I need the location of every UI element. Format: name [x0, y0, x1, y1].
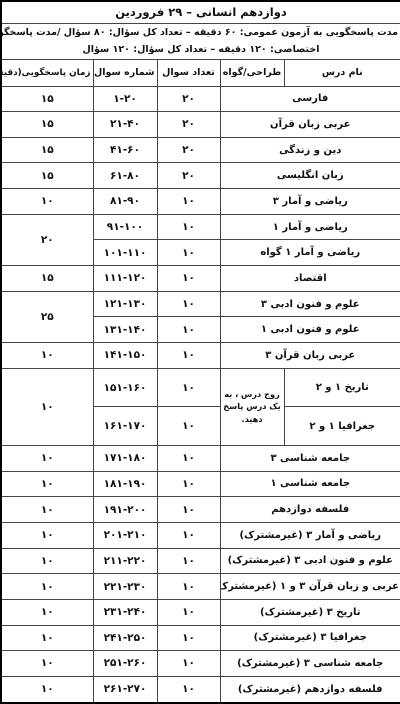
question-range-cell: ۱۱۱-۱۲۰: [93, 266, 157, 292]
question-count-cell: ۱۰: [157, 599, 220, 625]
course-name-cell: ریاضی و آمار ۱: [220, 214, 400, 240]
col-header-question-number: شماره سوال: [93, 59, 157, 86]
answer-time-cell: ۱۰: [1, 676, 93, 703]
question-count-cell: ۱۰: [157, 625, 220, 651]
table-row: اقتصاد ۱۰ ۱۱۱-۱۲۰ ۱۵: [1, 266, 400, 292]
course-name-cell: جغرافیا ۳ (غیرمشترک): [220, 625, 400, 651]
table-row: فلسفه دوازدهم (غیرمشترک) ۱۰ ۲۶۱-۲۷۰ ۱۰: [1, 676, 400, 703]
question-range-cell: ۲۰۱-۲۱۰: [93, 522, 157, 548]
answer-time-cell-merged: ۲۰: [1, 214, 93, 265]
table-row: جامعه شناسی ۳ ۱۰ ۱۷۱-۱۸۰ ۱۰: [1, 445, 400, 471]
subtitle-row: مدت پاسخگویی به آزمون عمومی: ۶۰ دقیقه – …: [1, 23, 400, 59]
question-count-cell: ۲۰: [157, 112, 220, 138]
question-range-cell: ۹۱-۱۰۰: [93, 214, 157, 240]
question-range-cell: ۱۲۱-۱۳۰: [93, 291, 157, 317]
course-name-cell: ریاضی و آمار ۳ (غیرمشترک): [220, 522, 400, 548]
answer-time-cell: ۱۰: [1, 497, 93, 523]
question-range-cell: ۲۲۱-۲۳۰: [93, 574, 157, 600]
col-header-question-count: تعداد سوال: [157, 59, 220, 86]
question-range-cell: ۱۴۱-۱۵۰: [93, 343, 157, 369]
answer-time-cell: ۱۰: [1, 599, 93, 625]
exam-schedule-table: دوازدهم انسانی – ۲۹ فروردین مدت پاسخگویی…: [0, 0, 400, 704]
table-row: تاریخ ۳ (غیرمشترک) ۱۰ ۲۳۱-۲۴۰ ۱۰: [1, 599, 400, 625]
question-range-cell: ۸۱-۹۰: [93, 189, 157, 215]
table-row: عربی و زبان قرآن ۳ و ۱ (غیرمشترک) ۱۰ ۲۲۱…: [1, 574, 400, 600]
question-count-cell: ۱۰: [157, 445, 220, 471]
question-count-cell: ۲۰: [157, 137, 220, 163]
question-range-cell: ۱۹۱-۲۰۰: [93, 497, 157, 523]
question-count-cell: ۱۰: [157, 214, 220, 240]
answer-time-cell: ۱۰: [1, 651, 93, 677]
table-row: عربی زبان قرآن ۲۰ ۲۱-۴۰ ۱۵: [1, 112, 400, 138]
table-row: جامعه شناسی ۱ ۱۰ ۱۸۱-۱۹۰ ۱۰: [1, 471, 400, 497]
question-range-cell: ۱۳۱-۱۴۰: [93, 317, 157, 343]
course-name-cell: ریاضی و آمار ۱ گواه: [220, 240, 400, 266]
question-count-cell: ۱۰: [157, 343, 220, 369]
table-row: فلسفه دوازدهم ۱۰ ۱۹۱-۲۰۰ ۱۰: [1, 497, 400, 523]
course-name-cell: علوم و فنون ادبی ۱: [220, 317, 400, 343]
question-range-cell: ۲۵۱-۲۶۰: [93, 651, 157, 677]
course-name-cell: علوم و فنون ادبی ۳: [220, 291, 400, 317]
course-name-cell: دین و زندگی: [220, 137, 400, 163]
table-row: دین و زندگی ۲۰ ۴۱-۶۰ ۱۵: [1, 137, 400, 163]
answer-time-cell: ۱۰: [1, 343, 93, 369]
answer-time-cell: ۱۵: [1, 86, 93, 112]
question-count-cell: ۱۰: [157, 471, 220, 497]
table-row: تاریخ ۱ و ۲ زوج درس ، به یک درس پاسخ دهی…: [1, 368, 400, 407]
answer-time-cell: ۱۵: [1, 112, 93, 138]
course-name-cell: زبان انگلیسی: [220, 163, 400, 189]
question-range-cell: ۴۱-۶۰: [93, 137, 157, 163]
course-name-cell: عربی زبان قرآن: [220, 112, 400, 138]
exam-schedule-page: دوازدهم انسانی – ۲۹ فروردین مدت پاسخگویی…: [0, 0, 400, 704]
question-range-cell: ۲۱-۴۰: [93, 112, 157, 138]
course-name-cell: تاریخ ۱ و ۲: [284, 368, 400, 407]
question-range-cell: ۱۰۱-۱۱۰: [93, 240, 157, 266]
course-name-cell: ریاضی و آمار ۳: [220, 189, 400, 215]
question-range-cell: ۶۱-۸۰: [93, 163, 157, 189]
question-count-cell: ۱۰: [157, 407, 220, 446]
exam-duration-line2: اختصاصی: ۱۲۰ دقیقه – تعداد کل سؤال: ۱۲۰ …: [4, 41, 398, 58]
table-row: عربی زبان قرآن ۳ ۱۰ ۱۴۱-۱۵۰ ۱۰: [1, 343, 400, 369]
table-row: جغرافیا ۳ (غیرمشترک) ۱۰ ۲۴۱-۲۵۰ ۱۰: [1, 625, 400, 651]
answer-time-cell: ۱۵: [1, 137, 93, 163]
question-count-cell: ۱۰: [157, 522, 220, 548]
exam-duration-info: مدت پاسخگویی به آزمون عمومی: ۶۰ دقیقه – …: [1, 23, 400, 59]
course-name-cell: فلسفه دوازدهم: [220, 497, 400, 523]
question-count-cell: ۱۰: [157, 676, 220, 703]
table-row: علوم و فنون ادبی ۳ (غیرمشترک) ۱۰ ۲۱۱-۲۲۰…: [1, 548, 400, 574]
exam-title: دوازدهم انسانی – ۲۹ فروردین: [1, 1, 400, 23]
table-row: زبان انگلیسی ۲۰ ۶۱-۸۰ ۱۵: [1, 163, 400, 189]
answer-time-cell-merged: ۲۵: [1, 291, 93, 342]
question-count-cell: ۱۰: [157, 317, 220, 343]
course-name-cell: جامعه شناسی ۳: [220, 445, 400, 471]
course-name-cell: تاریخ ۳ (غیرمشترک): [220, 599, 400, 625]
answer-time-cell: ۱۰: [1, 548, 93, 574]
question-count-cell: ۲۰: [157, 86, 220, 112]
table-row: علوم و فنون ادبی ۳ ۱۰ ۱۲۱-۱۳۰ ۲۵: [1, 291, 400, 317]
answer-time-cell: ۱۰: [1, 574, 93, 600]
question-range-cell: ۱۷۱-۱۸۰: [93, 445, 157, 471]
course-name-cell: عربی و زبان قرآن ۳ و ۱ (غیرمشترک): [220, 574, 400, 600]
question-count-cell: ۱۰: [157, 189, 220, 215]
question-count-cell: ۱۰: [157, 497, 220, 523]
col-header-course: نام درس: [284, 59, 400, 86]
answer-time-cell: ۱۰: [1, 522, 93, 548]
answer-time-cell: ۱۰: [1, 471, 93, 497]
table-row: ریاضی و آمار ۳ ۱۰ ۸۱-۹۰ ۱۰: [1, 189, 400, 215]
table-row: ریاضی و آمار ۳ (غیرمشترک) ۱۰ ۲۰۱-۲۱۰ ۱۰: [1, 522, 400, 548]
course-name-cell: فارسی: [220, 86, 400, 112]
answer-time-cell: ۱۰: [1, 625, 93, 651]
question-range-cell: ۲۴۱-۲۵۰: [93, 625, 157, 651]
question-range-cell: ۲۶۱-۲۷۰: [93, 676, 157, 703]
question-count-cell: ۱۰: [157, 548, 220, 574]
question-count-cell: ۱۰: [157, 574, 220, 600]
question-count-cell: ۱۰: [157, 266, 220, 292]
question-count-cell: ۱۰: [157, 368, 220, 407]
answer-time-cell: ۱۰: [1, 445, 93, 471]
paired-course-note: زوج درس ، به یک درس پاسخ دهید.: [220, 368, 284, 445]
question-range-cell: ۱-۲۰: [93, 86, 157, 112]
header-row: نام درس طراحی/گواه تعداد سوال شماره سوال…: [1, 59, 400, 86]
title-row: دوازدهم انسانی – ۲۹ فروردین: [1, 1, 400, 23]
question-count-cell: ۱۰: [157, 240, 220, 266]
question-count-cell: ۱۰: [157, 651, 220, 677]
answer-time-cell-merged: ۱۰: [1, 368, 93, 445]
question-count-cell: ۱۰: [157, 291, 220, 317]
table-row: فارسی ۲۰ ۱-۲۰ ۱۵: [1, 86, 400, 112]
course-name-cell: فلسفه دوازدهم (غیرمشترک): [220, 676, 400, 703]
question-range-cell: ۱۶۱-۱۷۰: [93, 407, 157, 446]
course-name-cell: جغرافیا ۱ و ۲: [284, 407, 400, 446]
question-range-cell: ۱۸۱-۱۹۰: [93, 471, 157, 497]
col-header-answer-time: زمان پاسخگویی(دقیقه): [1, 59, 93, 86]
course-name-cell: اقتصاد: [220, 266, 400, 292]
question-count-cell: ۲۰: [157, 163, 220, 189]
exam-duration-line1: مدت پاسخگویی به آزمون عمومی: ۶۰ دقیقه – …: [4, 24, 398, 41]
answer-time-cell: ۱۵: [1, 266, 93, 292]
question-range-cell: ۱۵۱-۱۶۰: [93, 368, 157, 407]
course-name-cell: جامعه شناسی ۱: [220, 471, 400, 497]
course-name-cell: علوم و فنون ادبی ۳ (غیرمشترک): [220, 548, 400, 574]
table-row: جامعه شناسی ۳ (غیرمشترک) ۱۰ ۲۵۱-۲۶۰ ۱۰: [1, 651, 400, 677]
question-range-cell: ۲۱۱-۲۲۰: [93, 548, 157, 574]
course-name-cell: جامعه شناسی ۳ (غیرمشترک): [220, 651, 400, 677]
col-header-designer: طراحی/گواه: [220, 59, 284, 86]
answer-time-cell: ۱۵: [1, 163, 93, 189]
answer-time-cell: ۱۰: [1, 189, 93, 215]
course-name-cell: عربی زبان قرآن ۳: [220, 343, 400, 369]
table-row: ریاضی و آمار ۱ ۱۰ ۹۱-۱۰۰ ۲۰: [1, 214, 400, 240]
question-range-cell: ۲۳۱-۲۴۰: [93, 599, 157, 625]
